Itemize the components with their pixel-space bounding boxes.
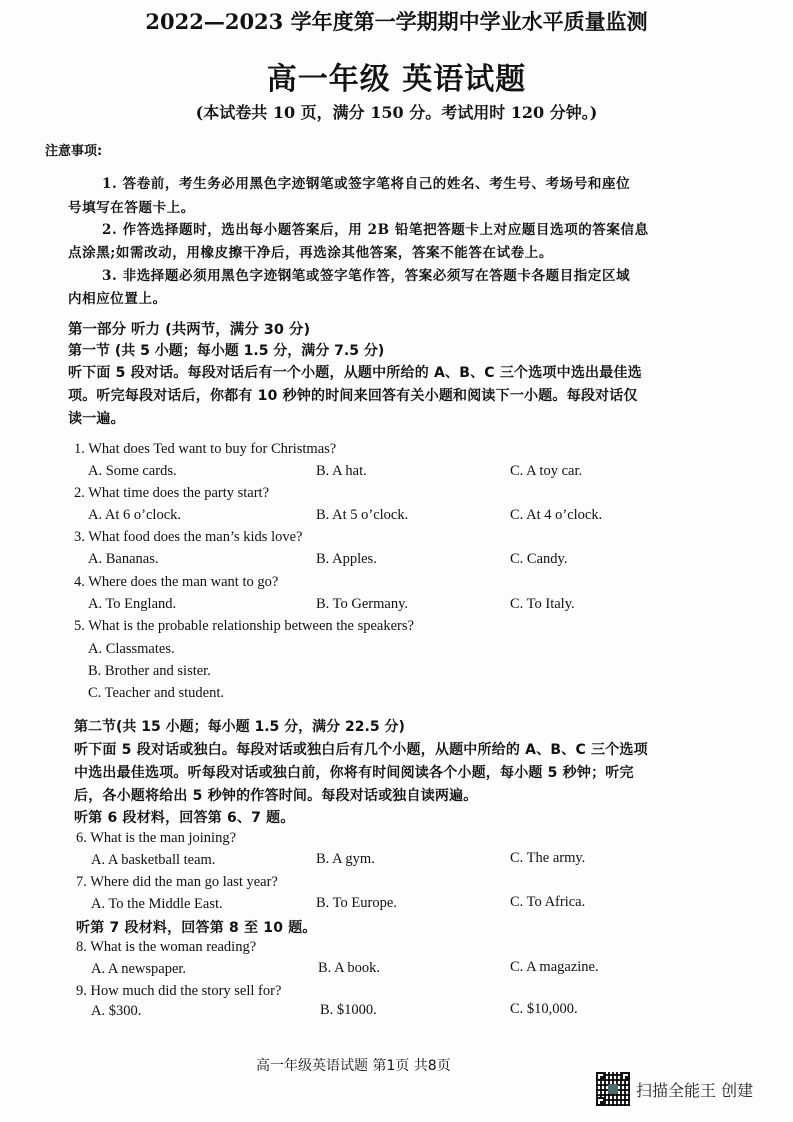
option-b: B. To Germany.	[316, 596, 408, 613]
option-a: A. To England.	[88, 596, 176, 613]
material-6-label: 听第 6 段材料，回答第 6、7 题。	[74, 807, 295, 827]
qr-code-icon	[596, 1072, 630, 1106]
section2-instructions-line1: 听下面 5 段对话或独白。每段对话或独白后有几个小题，从题中所给的 A、B、C …	[74, 739, 648, 759]
notice-item-1-line1: 1. 答卷前，考生务必用黑色字迹钢笔或签字笔将自己的姓名、考生号、考场号和座位	[102, 172, 630, 192]
section1-instructions-line2: 项。听完每段对话后，你都有 10 秒钟的时间来回答有关小题和阅读下一小题。每段对…	[68, 385, 638, 405]
question-text: 3. What food does the man’s kids love?	[74, 529, 302, 546]
option-b: B. To Europe.	[316, 895, 397, 912]
option-c: C. At 4 o’clock.	[510, 507, 602, 524]
option-a: A. $300.	[91, 1003, 141, 1020]
option-a: A. A newspaper.	[91, 961, 186, 978]
option-c: C. Teacher and student.	[88, 685, 224, 702]
material-7-label: 听第 7 段材料，回答第 8 至 10 题。	[76, 917, 317, 937]
option-a: A. A basketball team.	[91, 852, 215, 869]
section2-heading: 第二节(共 15 小题；每小题 1.5 分，满分 22.5 分)	[74, 716, 405, 736]
notice-item-3-line1: 3. 非选择题必须用黑色字迹钢笔或签字笔作答，答案必须写在答题卡各题目指定区域	[102, 264, 630, 284]
question-text: 5. What is the probable relationship bet…	[74, 618, 414, 635]
option-c: C. Candy.	[510, 551, 567, 568]
part1-heading: 第一部分 听力 (共两节，满分 30 分)	[68, 318, 310, 339]
section1-heading: 第一节 (共 5 小题；每小题 1.5 分，满分 7.5 分)	[68, 340, 384, 360]
watermark-text: 扫描全能王 创建	[636, 1078, 753, 1101]
option-b: B. Brother and sister.	[88, 663, 211, 680]
option-b: B. A hat.	[316, 463, 367, 480]
section2-instructions-line2: 中选出最佳选项。听每段对话或独白前，你将有时间阅读各个小题，每小题 5 秒钟；听…	[74, 762, 634, 782]
option-b: B. A book.	[318, 960, 380, 977]
option-c: C. $10,000.	[510, 1001, 578, 1018]
question-text: 8. What is the woman reading?	[76, 939, 256, 956]
option-c: C. A magazine.	[510, 959, 599, 976]
section2-instructions-line3: 后，各小题将给出 5 秒钟的作答时间。每段对话或独自读两遍。	[74, 785, 478, 805]
notice-item-2-line2: 点涂黑;如需改动，用橡皮擦干净后，再选涂其他答案，答案不能答在试卷上。	[68, 241, 553, 261]
notice-item-3-line2: 内相应位置上。	[68, 287, 167, 307]
notice-heading: 注意事项:	[45, 140, 102, 159]
option-a: A. At 6 o’clock.	[88, 507, 181, 524]
option-a: A. Classmates.	[88, 641, 175, 658]
option-b: B. Apples.	[316, 551, 377, 568]
question-text: 2. What time does the party start?	[74, 485, 269, 502]
exam-title-line1: 2022—2023 学年度第一学期期中学业水平质量监测	[0, 6, 793, 36]
notice-item-2-line1: 2. 作答选择题时，选出每小题答案后，用 2B 铅笔把答题卡上对应题目选项的答案…	[102, 218, 649, 238]
page-footer: 高一年级英语试题 第1页 共8页	[256, 1055, 451, 1075]
question-text: 6. What is the man joining?	[76, 830, 236, 847]
option-a: A. Some cards.	[88, 463, 177, 480]
section1-instructions-line1: 听下面 5 段对话。每段对话后有一个小题，从题中所给的 A、B、C 三个选项中选…	[68, 362, 642, 382]
option-b: B. $1000.	[320, 1002, 377, 1019]
question-text: 4. Where does the man want to go?	[74, 574, 278, 591]
section1-instructions-line3: 读一遍。	[68, 408, 125, 428]
option-a: A. Bananas.	[88, 551, 158, 568]
notice-item-1-line2: 号填写在答题卡上。	[68, 196, 195, 216]
option-b: B. At 5 o’clock.	[316, 507, 408, 524]
exam-subtitle: (本试卷共 10 页，满分 150 分。考试用时 120 分钟。)	[0, 100, 793, 123]
option-b: B. A gym.	[316, 851, 375, 868]
option-c: C. A toy car.	[510, 463, 582, 480]
option-c: C. To Africa.	[510, 894, 585, 911]
exam-title-line2: 高一年级 英语试题	[0, 54, 793, 98]
scanner-watermark: 扫描全能王 创建	[596, 1072, 753, 1106]
option-c: C. To Italy.	[510, 596, 575, 613]
option-c: C. The army.	[510, 850, 585, 867]
question-text: 1. What does Ted want to buy for Christm…	[74, 441, 336, 458]
option-a: A. To the Middle East.	[91, 896, 223, 913]
question-text: 9. How much did the story sell for?	[76, 983, 281, 1000]
question-text: 7. Where did the man go last year?	[76, 874, 278, 891]
